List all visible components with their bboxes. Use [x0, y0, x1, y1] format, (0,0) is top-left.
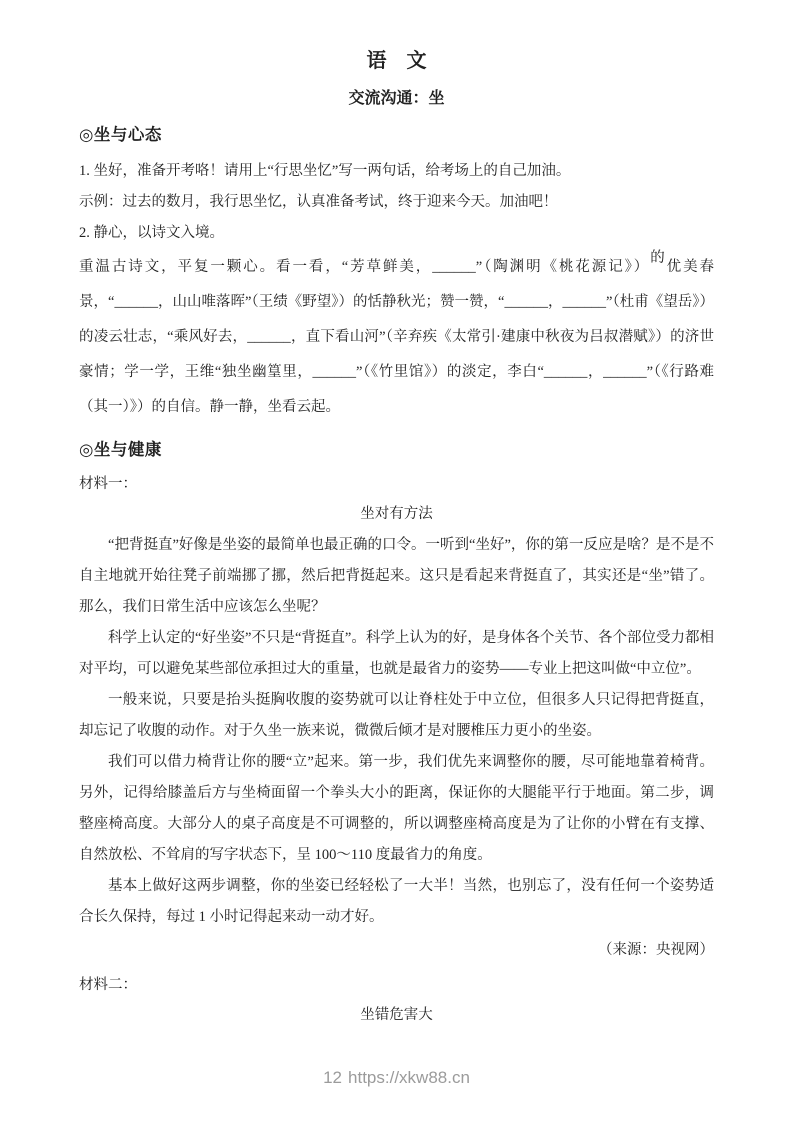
page-content: 语 文 交流沟通：坐 ◎坐与心态 1. 坐好，准备开考咯！请用上“行思坐忆”写一… [0, 0, 793, 1027]
page-title: 语 文 [79, 48, 714, 74]
question-2-text: 2. 静心，以诗文入境。 [79, 222, 714, 245]
poem-fill-in-paragraph: 重温古诗文，平复一颗心。看一看，“芳草鲜美，______”（陶渊明《桃花源记》）… [79, 250, 714, 425]
section-heading-health: ◎坐与健康 [79, 438, 714, 462]
poem-superscript-de: 的 [650, 251, 665, 266]
question-1-example: 示例：过去的数月，我行思坐忆，认真准备考试，终于迎来今天。加油吧！ [79, 191, 714, 214]
source-attribution: （来源：央视网） [79, 938, 714, 963]
footer-page-number: 12 [323, 1068, 342, 1087]
material-1-paragraph: 基本上做好这两步调整，你的坐姿已经轻松了一大半！当然，也别忘了，没有任何一个姿势… [79, 871, 714, 933]
material-1-paragraph: “把背挺直”好像是坐姿的最简单也最正确的口令。一听到“坐好”，你的第一反应是啥？… [79, 530, 714, 623]
page-subtitle: 交流沟通：坐 [79, 88, 714, 110]
material-1-paragraph: 一般来说，只要是抬头挺胸收腹的姿势就可以让脊柱处于中立位，但很多人只记得把背挺直… [79, 685, 714, 747]
section-heading-mindset: ◎坐与心态 [79, 123, 714, 147]
material-1-paragraph: 科学上认定的“好坐姿”不只是“背挺直”。科学上认为的好，是身体各个关节、各个部位… [79, 623, 714, 685]
material-1-title: 坐对有方法 [79, 503, 714, 526]
material-2-label: 材料二： [79, 974, 714, 997]
footer-url: https://xkw88.cn [348, 1068, 470, 1087]
material-1-paragraph: 我们可以借力椅背让你的腰“立”起来。第一步，我们优先来调整你的腰，尽可能地靠着椅… [79, 747, 714, 871]
material-2-title: 坐错危害大 [79, 1004, 714, 1027]
document-page: 语 文 交流沟通：坐 ◎坐与心态 1. 坐好，准备开考咯！请用上“行思坐忆”写一… [0, 0, 793, 1122]
material-1-label: 材料一： [79, 473, 714, 496]
page-footer: 12https://xkw88.cn [0, 1067, 793, 1089]
poem-text-after: 优美春景，“______，山山唯落晖”（王绩《野望》）的恬静秋光；赞一赞，“__… [79, 259, 714, 415]
poem-text-before: 重温古诗文，平复一颗心。看一看，“芳草鲜美，______”（陶渊明《桃花源记》） [79, 259, 650, 275]
question-1-text: 1. 坐好，准备开考咯！请用上“行思坐忆”写一两句话，给考场上的自己加油。 [79, 160, 714, 183]
